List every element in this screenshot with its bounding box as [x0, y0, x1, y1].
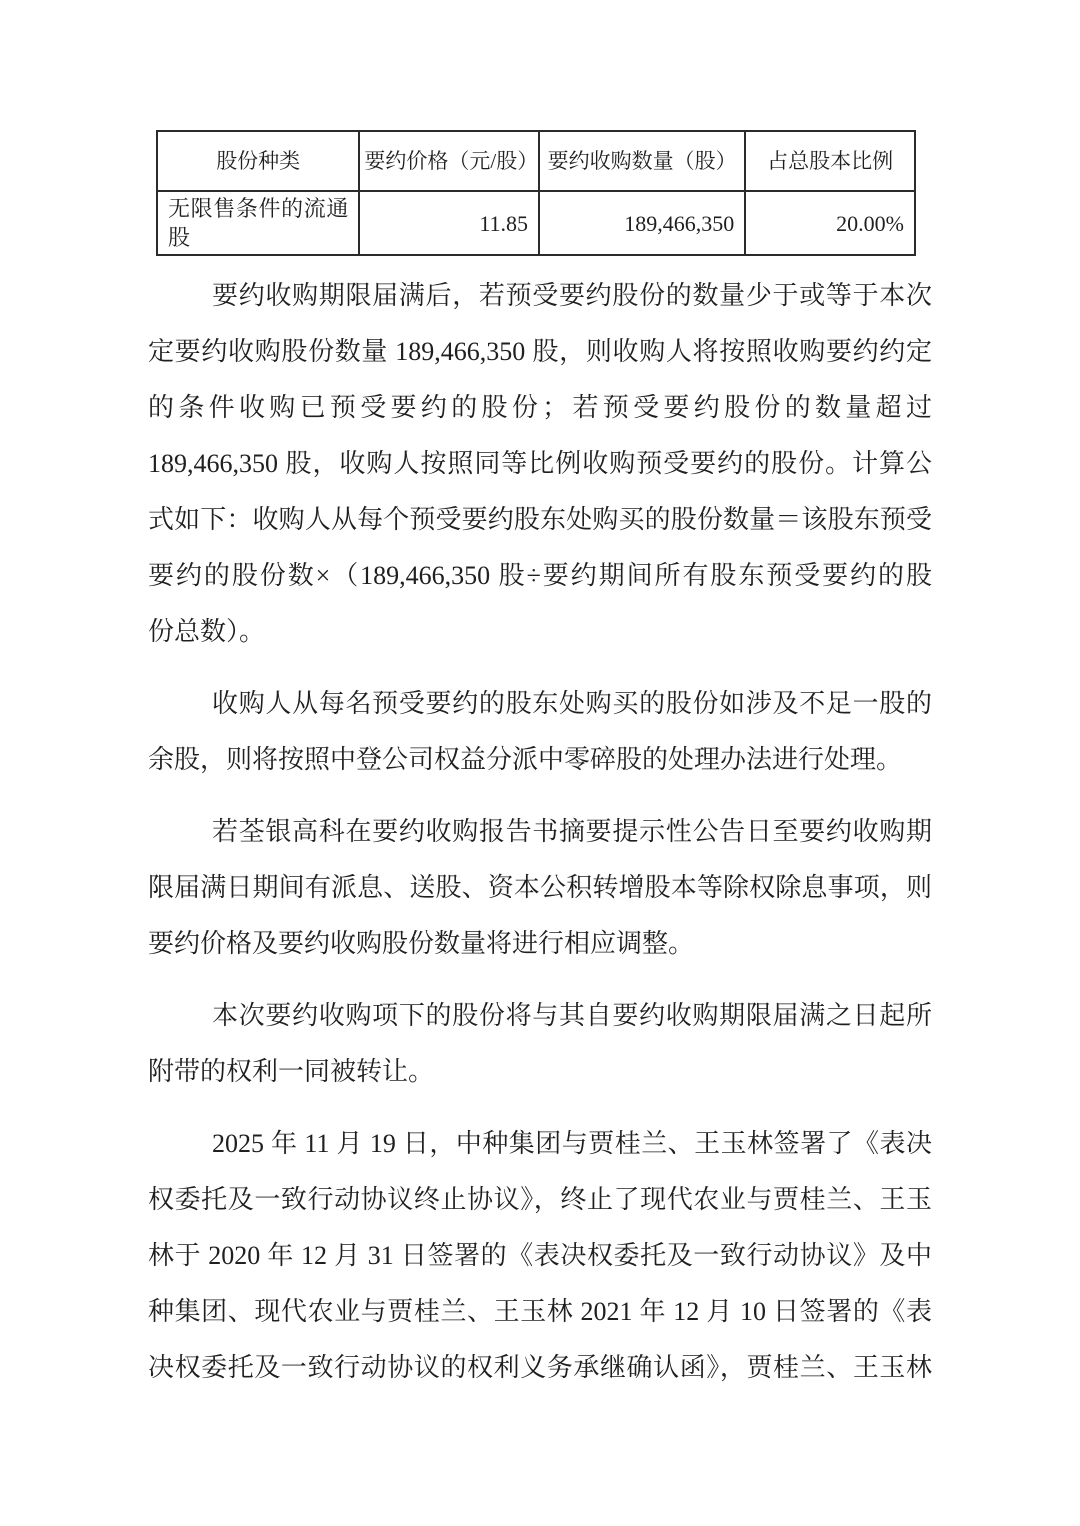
table-header-cell: 占总股本比例 — [745, 131, 915, 191]
text-line: 限届满日期间有派息、送股、资本公积转增股本等除权除息事项，则 — [148, 860, 932, 916]
text-line: 式如下：收购人从每个预受要约股东处购买的股份数量＝该股东预受 — [148, 492, 932, 548]
text-line: 决权委托及一致行动协议的权利义务承继确认函》，贾桂兰、王玉林 — [148, 1340, 932, 1396]
offer-summary-table: 股份种类要约价格（元/股）要约收购数量（股）占总股本比例 无限售条件的流通股11… — [156, 130, 916, 256]
text-line: 的条件收购已预受要约的股份；若预受要约股份的数量超过 — [148, 380, 932, 436]
text-line: 189,466,350 股，收购人按照同等比例收购预受要约的股份。计算公 — [148, 436, 932, 492]
text-line: 2025 年 11 月 19 日，中种集团与贾桂兰、王玉林签署了《表决 — [148, 1116, 932, 1172]
paragraph: 2025 年 11 月 19 日，中种集团与贾桂兰、王玉林签署了《表决权委托及一… — [148, 1116, 932, 1396]
text-line: 要约价格及要约收购股份数量将进行相应调整。 — [148, 916, 932, 972]
text-line: 种集团、现代农业与贾桂兰、王玉林 2021 年 12 月 10 日签署的《表 — [148, 1284, 932, 1340]
table-header-row: 股份种类要约价格（元/股）要约收购数量（股）占总股本比例 — [157, 131, 915, 191]
text-line: 要约的股份数×（189,466,350 股÷要约期间所有股东预受要约的股 — [148, 548, 932, 604]
table-row: 无限售条件的流通股11.85189,466,35020.00% — [157, 191, 915, 255]
table-cell: 189,466,350 — [539, 191, 745, 255]
text-line: 收购人从每名预受要约的股东处购买的股份如涉及不足一股的 — [148, 676, 932, 732]
paragraph: 要约收购期限届满后，若预受要约股份的数量少于或等于本次预定要约收购股份数量 18… — [148, 268, 932, 660]
text-line: 若荃银高科在要约收购报告书摘要提示性公告日至要约收购期 — [148, 804, 932, 860]
text-line: 权委托及一致行动协议终止协议》，终止了现代农业与贾桂兰、王玉 — [148, 1172, 932, 1228]
table-cell: 无限售条件的流通股 — [157, 191, 359, 255]
table-cell: 11.85 — [359, 191, 539, 255]
paragraph: 收购人从每名预受要约的股东处购买的股份如涉及不足一股的余股，则将按照中登公司权益… — [148, 676, 932, 788]
text-line: 定要约收购股份数量 189,466,350 股，则收购人将按照收购要约约定 — [148, 324, 932, 380]
paragraph: 若荃银高科在要约收购报告书摘要提示性公告日至要约收购期限届满日期间有派息、送股、… — [148, 804, 932, 972]
text-line: 要约收购期限届满后，若预受要约股份的数量少于或等于本次预 — [148, 268, 932, 324]
paragraph: 本次要约收购项下的股份将与其自要约收购期限届满之日起所附带的权利一同被转让。 — [148, 988, 932, 1100]
table-body: 无限售条件的流通股11.85189,466,35020.00% — [157, 191, 915, 255]
table-header-cell: 要约价格（元/股） — [359, 131, 539, 191]
table-cell: 20.00% — [745, 191, 915, 255]
text-line: 附带的权利一同被转让。 — [148, 1044, 932, 1100]
text-line: 本次要约收购项下的股份将与其自要约收购期限届满之日起所 — [148, 988, 932, 1044]
text-line: 余股，则将按照中登公司权益分派中零碎股的处理办法进行处理。 — [148, 732, 932, 788]
text-line: 林于 2020 年 12 月 31 日签署的《表决权委托及一致行动协议》及中 — [148, 1228, 932, 1284]
text-line: 份总数）。 — [148, 604, 932, 660]
document-page: 股份种类要约价格（元/股）要约收购数量（股）占总股本比例 无限售条件的流通股11… — [148, 0, 932, 1396]
document-body: 要约收购期限届满后，若预受要约股份的数量少于或等于本次预定要约收购股份数量 18… — [148, 268, 932, 1396]
table-header-cell: 股份种类 — [157, 131, 359, 191]
table-header-cell: 要约收购数量（股） — [539, 131, 745, 191]
